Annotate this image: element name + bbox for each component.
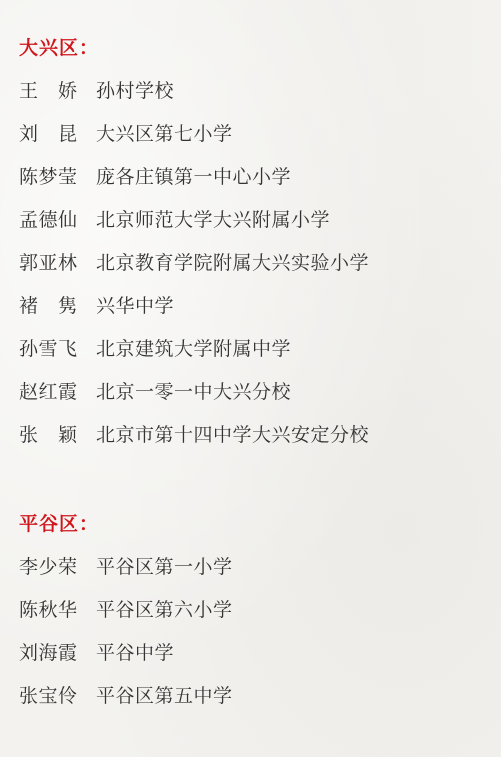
list-item: 郭亚林北京教育学院附属大兴实验小学 — [19, 242, 369, 285]
teacher-name: 陈梦莹 — [19, 156, 96, 199]
school-name: 孙村学校 — [96, 70, 174, 113]
teacher-name: 孟德仙 — [19, 199, 96, 242]
list-item: 刘 昆大兴区第七小学 — [19, 113, 369, 156]
school-name: 北京市第十四中学大兴安定分校 — [96, 414, 369, 457]
school-name: 平谷区第五中学 — [96, 675, 233, 718]
teacher-name: 张 颖 — [19, 414, 96, 457]
teacher-name: 张宝伶 — [19, 675, 96, 718]
list-item: 孙雪飞北京建筑大学附属中学 — [19, 328, 369, 371]
school-name: 平谷中学 — [96, 632, 174, 675]
teacher-name: 刘海霞 — [19, 632, 96, 675]
school-name: 北京建筑大学附属中学 — [96, 328, 291, 371]
list-item: 褚 隽兴华中学 — [19, 285, 369, 328]
teacher-name: 刘 昆 — [19, 113, 96, 156]
school-name: 平谷区第一小学 — [96, 546, 233, 589]
school-name: 兴华中学 — [96, 285, 174, 328]
teacher-name: 郭亚林 — [19, 242, 96, 285]
section-daxing: 大兴区： 王 娇孙村学校 刘 昆大兴区第七小学 陈梦莹庞各庄镇第一中心小学 孟德… — [19, 27, 369, 457]
list-item: 李少荣平谷区第一小学 — [19, 546, 233, 589]
list-item: 刘海霞平谷中学 — [19, 632, 233, 675]
list-item: 赵红霞北京一零一中大兴分校 — [19, 371, 369, 414]
teacher-name: 赵红霞 — [19, 371, 96, 414]
section-heading: 平谷区： — [19, 503, 233, 546]
list-item: 陈秋华平谷区第六小学 — [19, 589, 233, 632]
teacher-name: 王 娇 — [19, 70, 96, 113]
section-pinggu: 平谷区： 李少荣平谷区第一小学 陈秋华平谷区第六小学 刘海霞平谷中学 张宝伶平谷… — [19, 503, 233, 718]
list-item: 张 颖北京市第十四中学大兴安定分校 — [19, 414, 369, 457]
section-heading: 大兴区： — [19, 27, 369, 70]
school-name: 北京一零一中大兴分校 — [96, 371, 291, 414]
teacher-name: 孙雪飞 — [19, 328, 96, 371]
school-name: 北京师范大学大兴附属小学 — [96, 199, 330, 242]
school-name: 平谷区第六小学 — [96, 589, 233, 632]
school-name: 庞各庄镇第一中心小学 — [96, 156, 291, 199]
teacher-name: 李少荣 — [19, 546, 96, 589]
list-item: 张宝伶平谷区第五中学 — [19, 675, 233, 718]
school-name: 大兴区第七小学 — [96, 113, 233, 156]
teacher-name: 褚 隽 — [19, 285, 96, 328]
list-item: 孟德仙北京师范大学大兴附属小学 — [19, 199, 369, 242]
list-item: 陈梦莹庞各庄镇第一中心小学 — [19, 156, 369, 199]
list-item: 王 娇孙村学校 — [19, 70, 369, 113]
teacher-name: 陈秋华 — [19, 589, 96, 632]
school-name: 北京教育学院附属大兴实验小学 — [96, 242, 369, 285]
